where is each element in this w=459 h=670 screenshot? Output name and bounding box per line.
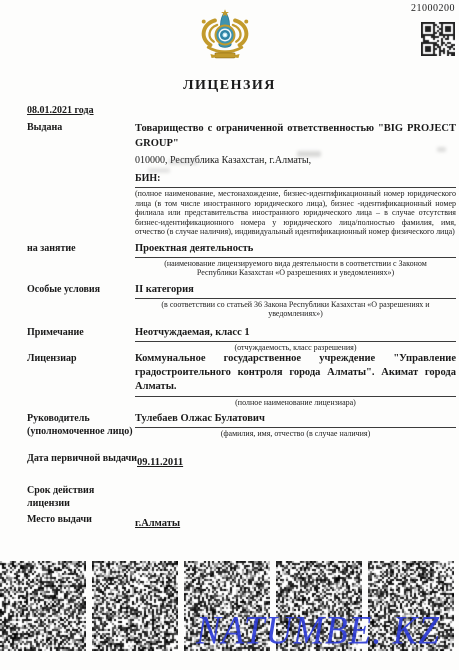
licensor-text: Коммунальное государственное учреждение … — [135, 352, 456, 397]
special-conditions-note: (в соответствии со статьей 36 Закона Рес… — [151, 300, 440, 319]
validity-label: Срок действия лицензии — [27, 484, 135, 510]
remark-value: Неотчуждаемая, класс 1 (отчуждаемость, к… — [135, 326, 456, 353]
blurred-text-smudge — [437, 147, 446, 152]
field-issue-place: Место выдачи г.Алматы — [27, 513, 456, 531]
kazakhstan-coat-of-arms-icon — [197, 7, 253, 63]
issue-place-value: г.Алматы — [135, 513, 456, 531]
qr-code-icon — [421, 22, 455, 56]
first-issue-date-label: Дата первичной выдачи — [27, 452, 137, 465]
field-validity: Срок действия лицензии — [27, 484, 456, 510]
activity-text: Проектная деятельность — [135, 242, 456, 258]
special-conditions-label: Особые условия — [27, 283, 135, 296]
remark-label: Примечание — [27, 326, 135, 339]
first-issue-date-value: 09.11.2011 — [137, 452, 456, 470]
remark-text: Неотчуждаемая, класс 1 — [135, 326, 456, 342]
datamatrix-block-icon — [92, 561, 178, 651]
blurred-text-smudge — [297, 151, 321, 157]
licensor-value: Коммунальное государственное учреждение … — [135, 352, 456, 408]
field-issued-to: Выдана Товарищество с ограниченной ответ… — [27, 121, 456, 237]
field-head: Руководитель (уполномоченное лицо) Тулеб… — [27, 412, 456, 439]
document-number: 21000200 — [411, 3, 455, 14]
datamatrix-block-icon — [0, 561, 86, 651]
issued-to-note: (полное наименование, местонахождение, б… — [135, 189, 456, 237]
issued-to-label: Выдана — [27, 121, 135, 134]
issue-place-label: Место выдачи — [27, 513, 135, 526]
document-title: ЛИЦЕНЗИЯ — [0, 78, 459, 94]
field-remark: Примечание Неотчуждаемая, класс 1 (отчуж… — [27, 326, 456, 353]
field-licensor: Лицензиар Коммунальное государственное у… — [27, 352, 456, 408]
head-value: Тулебаев Олжас Булатович (фамилия, имя, … — [135, 412, 456, 439]
remark-note: (отчуждаемость, класс разрешения) — [151, 343, 440, 353]
activity-note: (наименование лицензируемого вида деятел… — [151, 259, 440, 278]
first-issue-date-text: 09.11.2011 — [137, 457, 183, 468]
licensor-note: (полное наименование лицензиара) — [151, 398, 440, 408]
special-conditions-value: II категория (в соответствии со статьей … — [135, 283, 456, 319]
issued-to-value: Товарищество с ограниченной ответственно… — [135, 121, 456, 237]
field-special-conditions: Особые условия II категория (в соответст… — [27, 283, 456, 319]
head-note: (фамилия, имя, отчество (в случае наличи… — [151, 429, 440, 439]
activity-label: на занятие — [27, 242, 135, 255]
license-document: 21000200 ЛИЦЕНЗИЯ 08. — [0, 0, 459, 670]
fields-section: Выдана Товарищество с ограниченной ответ… — [27, 121, 456, 531]
watermark: NATUMBE. KZ — [196, 608, 440, 654]
activity-value: Проектная деятельность (наименование лиц… — [135, 242, 456, 278]
special-conditions-text: II категория — [135, 283, 456, 299]
blurred-text-smudge — [148, 168, 170, 173]
issue-date: 08.01.2021 года — [27, 105, 94, 116]
bin-label: БИН: — [135, 172, 456, 185]
blurred-text-smudge — [168, 159, 198, 165]
company-name: Товарищество с ограниченной ответственно… — [135, 121, 456, 151]
head-text: Тулебаев Олжас Булатович — [135, 412, 456, 428]
licensor-label: Лицензиар — [27, 352, 135, 365]
field-activity: на занятие Проектная деятельность (наиме… — [27, 242, 456, 278]
issue-place-text: г.Алматы — [135, 518, 180, 529]
head-label: Руководитель (уполномоченное лицо) — [27, 412, 135, 438]
field-first-issue-date: Дата первичной выдачи 09.11.2011 — [27, 452, 456, 470]
divider-line — [135, 187, 456, 188]
